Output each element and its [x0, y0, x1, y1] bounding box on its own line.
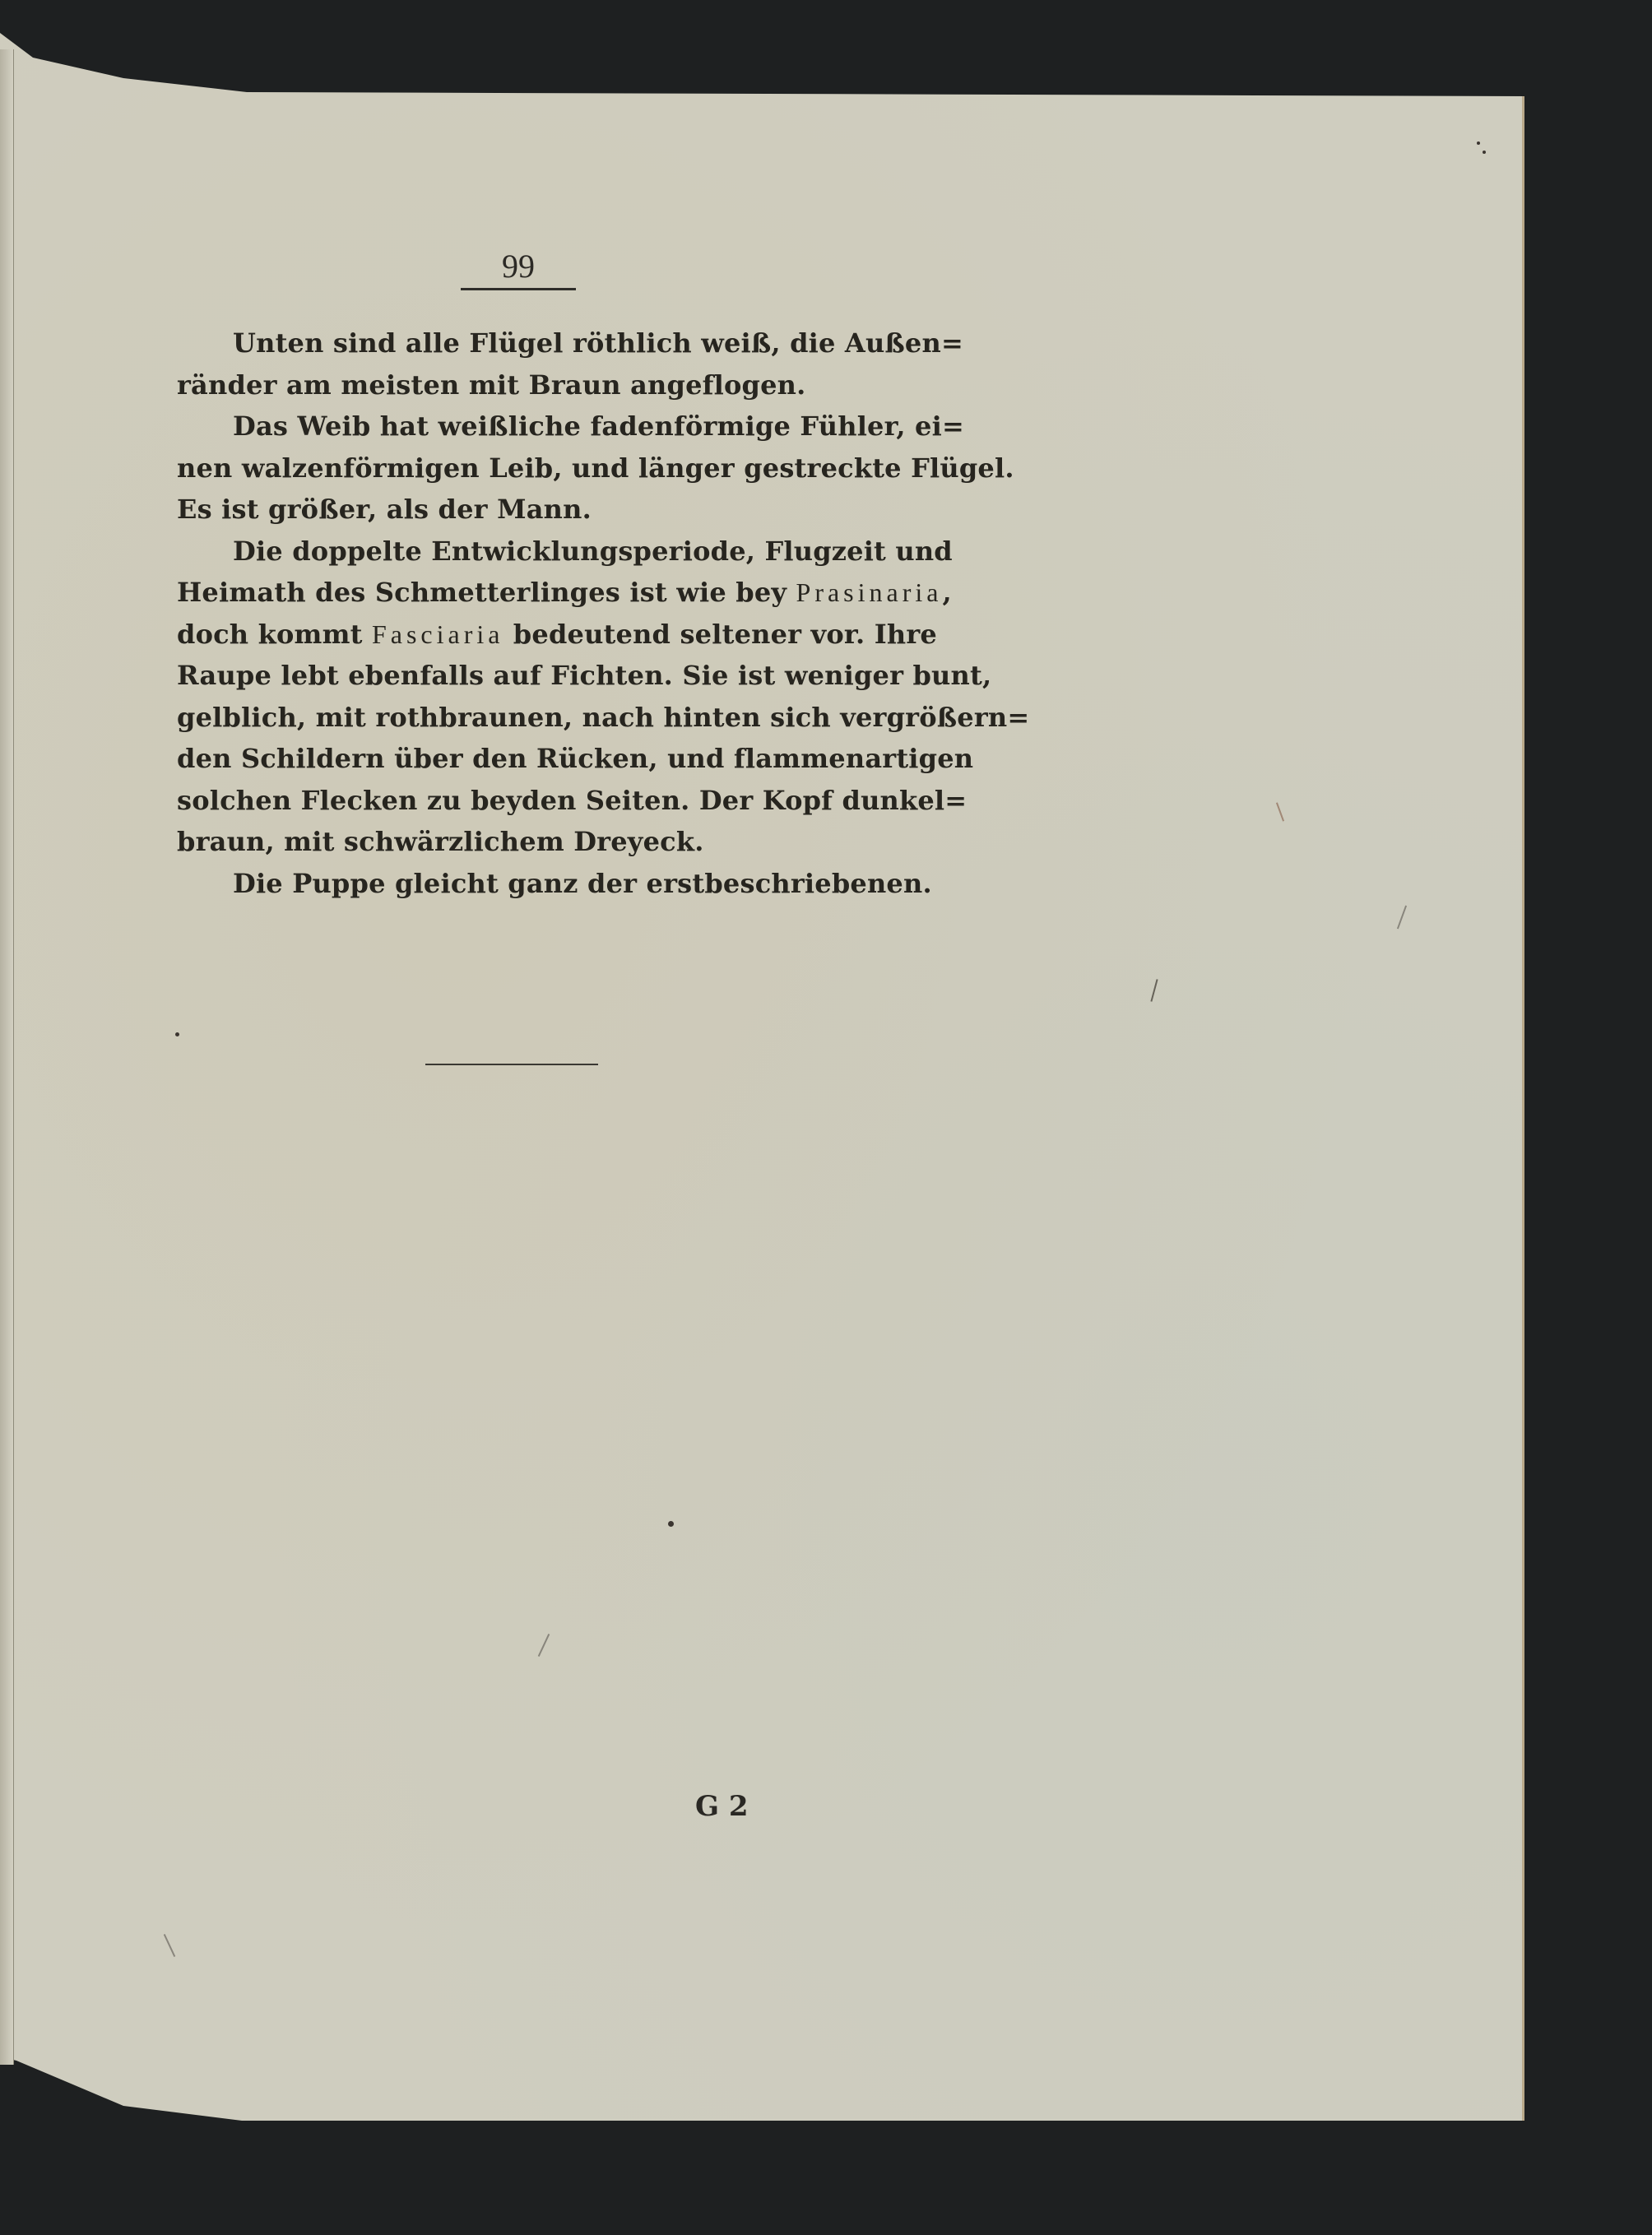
text-line: ränder am meisten mit Braun angeflogen.	[177, 364, 934, 406]
paper-speck	[1477, 141, 1480, 145]
text-line: doch kommt Fasciaria bedeutend seltener …	[177, 614, 934, 656]
text-line: Es ist größer, als der Mann.	[177, 489, 934, 531]
text-line: Heimath des Schmetterlinges ist wie bey …	[177, 572, 934, 614]
printer-signature: G 2	[695, 1790, 749, 1823]
text-line: gelblich, mit rothbraunen, nach hinten s…	[177, 697, 934, 739]
species-name-fasciaria: Fasciaria	[372, 619, 504, 649]
page-edge	[1522, 96, 1524, 2121]
text-line: braun, mit schwärzlichem Dreyeck.	[177, 821, 934, 863]
body-text: Unten sind alle Flügel röthlich weiß, di…	[177, 322, 934, 904]
page-number: 99	[461, 247, 576, 286]
text-line: Das Weib hat weißliche fadenförmige Fühl…	[177, 406, 934, 447]
text-run: ,	[942, 577, 951, 608]
text-run: bedeutend seltener vor. Ihre	[503, 619, 937, 650]
text-line: den Schildern über den Rücken, und flamm…	[177, 738, 934, 780]
text-line: Raupe lebt ebenfalls auf Fichten. Sie is…	[177, 655, 934, 697]
paper-speck	[1483, 151, 1486, 154]
page-gutter	[0, 49, 14, 2065]
paper-speck	[668, 1521, 674, 1527]
header-rule	[461, 288, 576, 290]
text-line: Die doppelte Entwicklungsperiode, Flugze…	[177, 531, 934, 573]
text-run: Heimath des Schmetterlinges ist wie bey	[177, 577, 796, 608]
text-line: solchen Flecken zu beyden Seiten. Der Ko…	[177, 780, 934, 822]
section-end-rule	[425, 1064, 598, 1065]
book-page	[0, 0, 1524, 2121]
text-line: Unten sind alle Flügel röthlich weiß, di…	[177, 322, 934, 364]
page-header: 99	[461, 247, 576, 290]
text-line: Die Puppe gleicht ganz der erstbeschrieb…	[177, 863, 934, 905]
species-name-prasinaria: Prasinaria	[796, 577, 943, 607]
paper-speck	[175, 1032, 179, 1036]
text-line: nen walzenförmigen Leib, und länger gest…	[177, 447, 934, 489]
text-run: doch kommt	[177, 619, 372, 650]
